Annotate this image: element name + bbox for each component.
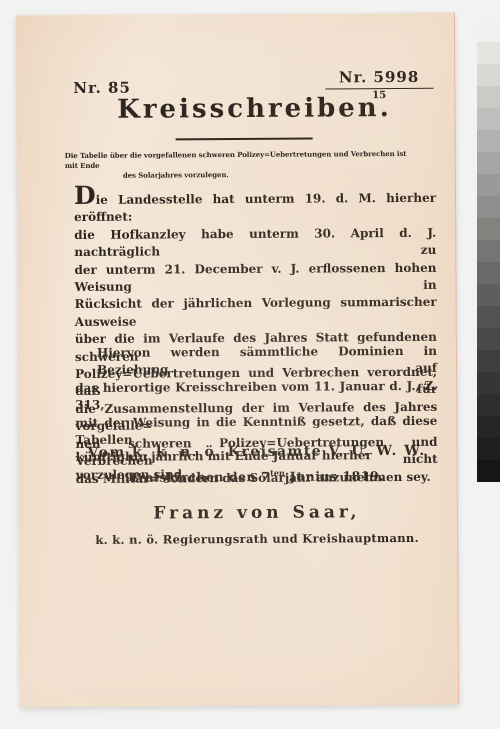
calibration-step xyxy=(477,42,500,64)
document-title: Kreisschreiben. xyxy=(73,93,435,125)
document-sheet: Nr. 85 Nr. 5998 15 Kreisschreiben. Die T… xyxy=(16,13,459,708)
calibration-step xyxy=(477,130,500,152)
calibration-step xyxy=(477,152,500,174)
signature-name: Franz von Saar, xyxy=(76,502,438,524)
regest-line-1: Die Tabelle über die vorgefallenen schwe… xyxy=(65,149,407,171)
body-paragraph-2: Hiervon werden sämmtliche Dominien in Be… xyxy=(75,343,438,484)
calibration-step xyxy=(477,416,500,438)
calibration-step xyxy=(477,64,500,86)
title-rule xyxy=(176,138,313,141)
dateline-prefix: Traiskirchen den 7 xyxy=(129,469,270,485)
body-line: die Hofkanzley habe unterm 30. April d. … xyxy=(74,225,436,262)
calibration-step xyxy=(477,394,500,416)
body-line: das hierortige Kreisschreiben vom 11. Ja… xyxy=(75,378,437,415)
calibration-step xyxy=(477,196,500,218)
calibration-step xyxy=(477,306,500,328)
document-number-right: Nr. 5998 xyxy=(325,68,434,90)
calibration-step xyxy=(477,460,500,482)
issuing-office-line: Vom k. k. n. ö. Kreisamte V. U. W. W. xyxy=(76,443,438,461)
calibration-step xyxy=(477,284,500,306)
dateline-suffix: Junius 1819. xyxy=(285,468,384,484)
regest-summary: Die Tabelle über die vorgefallenen schwe… xyxy=(65,149,407,181)
calibration-step xyxy=(477,20,500,42)
body-line: Rücksicht der jährlichen Vorlegung summa… xyxy=(75,294,437,331)
calibration-step xyxy=(477,108,500,130)
place-date-line: Traiskirchen den 7ten Junius 1819. xyxy=(76,467,438,485)
calibration-step xyxy=(477,438,500,460)
body-line: der unterm 21. December v. J. erflossene… xyxy=(74,259,436,296)
calibration-step xyxy=(477,262,500,284)
body-line: Hiervon werden sämmtliche Dominien in Be… xyxy=(75,343,437,380)
regest-line-2: des Solarjahres vorzulegen. xyxy=(65,169,407,181)
calibration-step xyxy=(477,328,500,350)
calibration-step xyxy=(477,350,500,372)
calibration-step xyxy=(477,86,500,108)
calibration-step xyxy=(477,218,500,240)
body-line: Die Landesstelle hat unterm 19. d. M. hi… xyxy=(74,185,436,227)
dateline-ordinal-sup: ten xyxy=(270,468,285,478)
calibration-step xyxy=(477,240,500,262)
calibration-step xyxy=(477,174,500,196)
signature-title: k. k. n. ö. Regierungsrath und Kreishaup… xyxy=(76,531,438,547)
calibration-step xyxy=(477,372,500,394)
grayscale-calibration-strip xyxy=(477,20,500,482)
